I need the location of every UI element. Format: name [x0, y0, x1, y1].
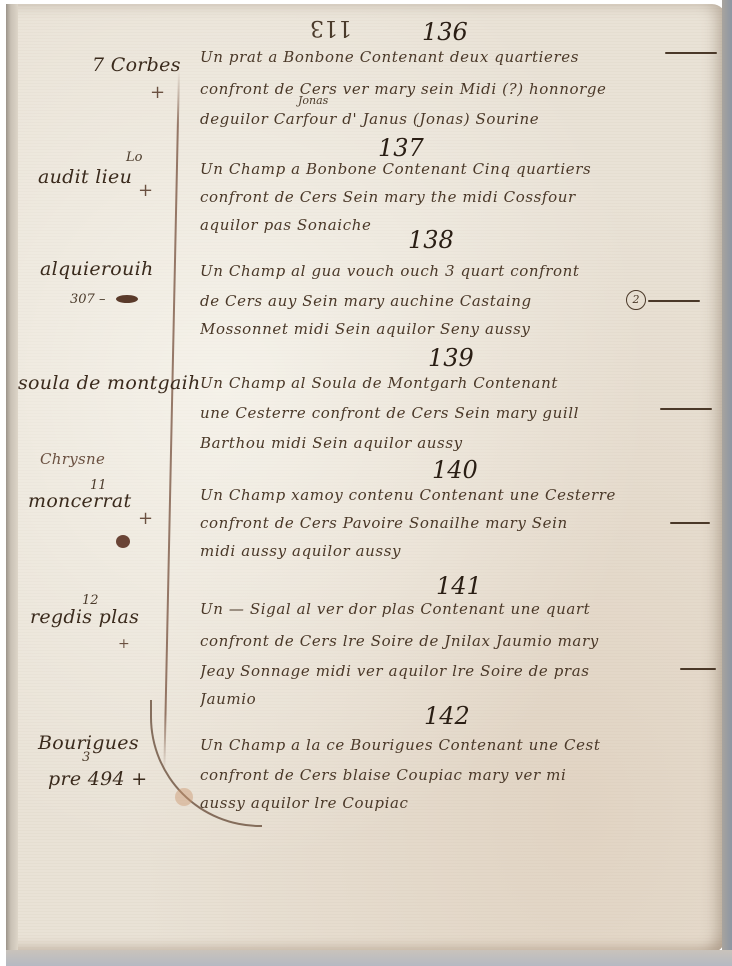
entry-139-line-3: Barthou midi Sein aquilor aussy	[200, 434, 700, 452]
entry-137-line-1: Un Champ a Bonbone Contenant Cinq quarti…	[200, 160, 700, 178]
line-filler-dash	[660, 408, 712, 410]
entry-number-138: 138	[408, 226, 454, 254]
paper-stain	[175, 788, 193, 806]
margin-note-audit-lieu: audit lieu	[38, 166, 132, 188]
entry-number-142: 142	[424, 702, 470, 730]
entry-141-line-2: confront de Cers lre Soire de Jnilax Jau…	[200, 632, 700, 650]
ink-blot	[116, 295, 138, 303]
interlinear-correction: Jonas	[298, 94, 328, 107]
margin-superscript: 3	[82, 750, 90, 765]
margin-superscript: Lo	[126, 150, 142, 165]
line-filler-dash	[648, 300, 700, 302]
line-filler-dash	[665, 52, 717, 54]
entry-136-line-2: confront de Cers ver mary sein Midi (?) …	[200, 80, 700, 98]
entry-140-line-3: midi aussy aquilor aussy	[200, 542, 700, 560]
cross-mark: +	[150, 82, 165, 103]
entry-139-line-1: Un Champ al Soula de Montgarh Contenant	[200, 374, 700, 392]
folio-number: 113	[310, 15, 352, 40]
cross-mark: +	[118, 636, 130, 652]
entry-141-line-3: Jeay Sonnage midi ver aquilor lre Soire …	[200, 662, 700, 680]
circled-mark: 2	[626, 290, 646, 310]
entry-136-line-1: Un prat a Bonbone Contenant deux quartie…	[200, 48, 700, 66]
entry-137-line-2: confront de Cers Sein mary the midi Coss…	[200, 188, 700, 206]
margin-note-chrysne: Chrysne	[40, 450, 105, 468]
margin-note-moncerrat: moncerrat	[28, 490, 131, 512]
margin-note-regdis-plas: regdis plas	[30, 606, 139, 628]
margin-sub-number: 307 –	[70, 292, 105, 307]
cross-mark: +	[138, 180, 153, 201]
entry-139-line-2: une Cesterre confront de Cers Sein mary …	[200, 404, 700, 422]
entry-140-line-2: confront de Cers Pavoire Sonailhe mary S…	[200, 514, 700, 532]
entry-141-line-1: Un — Sigal al ver dor plas Contenant une…	[200, 600, 700, 618]
page-right-edge	[722, 0, 732, 966]
entry-136-line-3: deguilor Carfour d' Janus (Jonas) Sourin…	[200, 110, 700, 128]
book-spine	[6, 4, 18, 954]
page-bottom-edge	[6, 950, 732, 966]
margin-note-alquierouih: alquierouih	[40, 258, 154, 280]
entry-number-137: 137	[378, 134, 424, 162]
line-filler-dash	[680, 668, 716, 670]
margin-note-corbes: 7 Corbes	[92, 54, 181, 76]
entry-number-139: 139	[428, 344, 474, 372]
entry-142-line-2: confront de Cers blaise Coupiac mary ver…	[200, 766, 700, 784]
line-filler-dash	[670, 522, 710, 524]
entry-number-136: 136	[422, 18, 468, 46]
entry-138-line-3: Mossonnet midi Sein aquilor Seny aussy	[200, 320, 700, 338]
margin-superscript: 12	[82, 593, 99, 608]
entry-142-line-3: aussy aquilor lre Coupiac	[200, 794, 700, 812]
margin-note-soula-de-montgaih: soula de montgaih	[18, 372, 201, 394]
margin-note-pre-494: pre 494 +	[48, 768, 147, 790]
cross-mark: +	[138, 508, 153, 529]
margin-superscript: 11	[90, 478, 107, 493]
entry-138-line-1: Un Champ al gua vouch ouch 3 quart confr…	[200, 262, 700, 280]
entry-140-line-1: Un Champ xamoy contenu Contenant une Ces…	[200, 486, 700, 504]
ink-blot	[116, 535, 130, 548]
entry-number-141: 141	[436, 572, 482, 600]
entry-number-140: 140	[432, 456, 478, 484]
entry-138-line-2: de Cers auy Sein mary auchine Castaing	[200, 292, 700, 310]
entry-142-line-1: Un Champ a la ce Bourigues Contenant une…	[200, 736, 700, 754]
